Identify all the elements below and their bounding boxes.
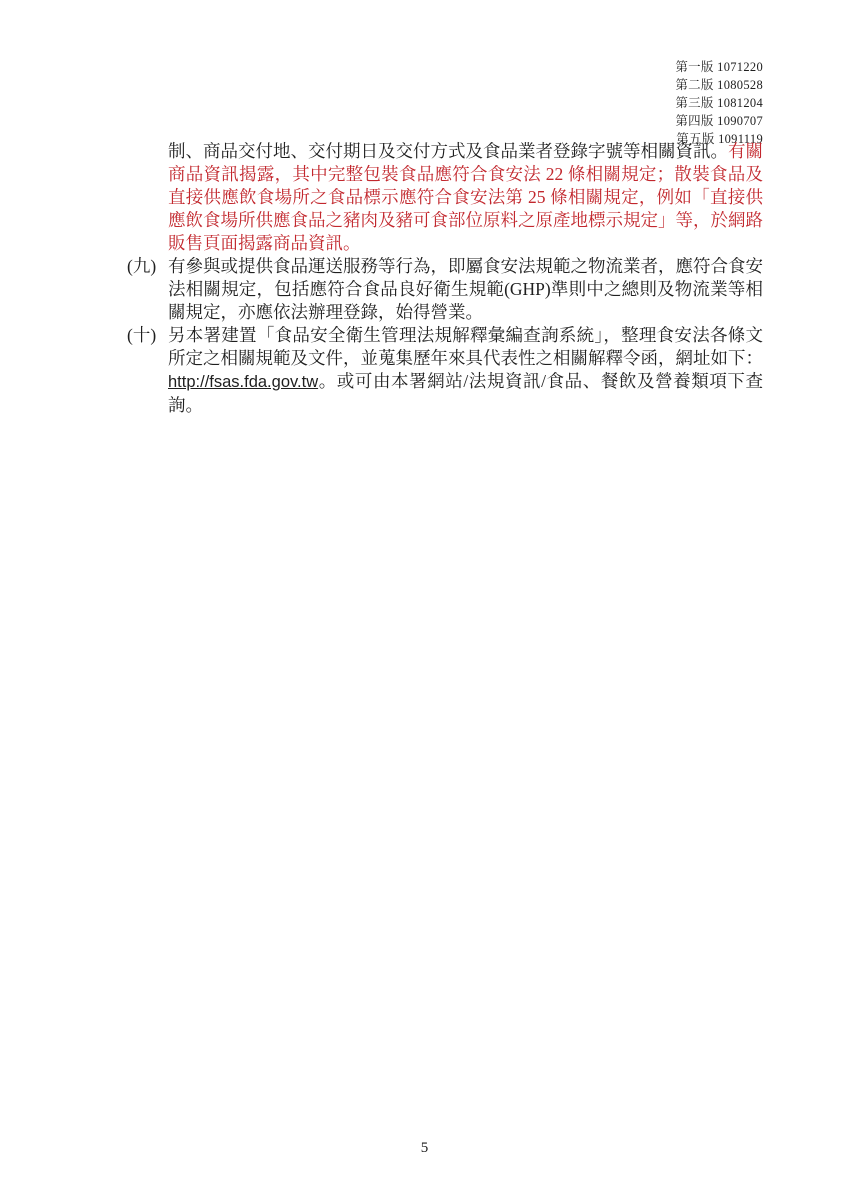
revision-line: 第二版 1080528 (675, 76, 763, 94)
paragraph-text: 制、商品交付地、交付期日及交付方式及食品業者登錄字號等相關資訊。 (168, 141, 728, 161)
revision-line: 第四版 1090707 (675, 112, 763, 130)
paragraph-item-9: (九)有參與或提供食品運送服務等行為，即屬食安法規範之物流業者，應符合食安法相關… (168, 255, 763, 324)
list-item-label: (九) (127, 255, 156, 278)
paragraph-text: 另本署建置「食品安全衛生管理法規解釋彙編查詢系統」，整理食安法各條文所定之相關規… (168, 325, 763, 368)
revision-history: 第一版 1071220 第二版 1080528 第三版 1081204 第四版 … (675, 58, 763, 148)
fsas-url-link[interactable]: http://fsas.fda.gov.tw (168, 373, 318, 391)
page-number: 5 (0, 1140, 849, 1157)
paragraph-continuation: 制、商品交付地、交付期日及交付方式及食品業者登錄字號等相關資訊。有關商品資訊揭露… (168, 140, 763, 255)
list-item-label: (十) (127, 324, 156, 347)
paragraph-item-10: (十)另本署建置「食品安全衛生管理法規解釋彙編查詢系統」，整理食安法各條文所定之… (168, 324, 763, 417)
paragraph-text: 有參與或提供食品運送服務等行為，即屬食安法規範之物流業者，應符合食安法相關規定，… (168, 256, 763, 322)
revision-line: 第一版 1071220 (675, 58, 763, 76)
document-page: 第一版 1071220 第二版 1080528 第三版 1081204 第四版 … (0, 0, 849, 1200)
revision-line: 第三版 1081204 (675, 94, 763, 112)
document-body: 制、商品交付地、交付期日及交付方式及食品業者登錄字號等相關資訊。有關商品資訊揭露… (168, 140, 763, 417)
